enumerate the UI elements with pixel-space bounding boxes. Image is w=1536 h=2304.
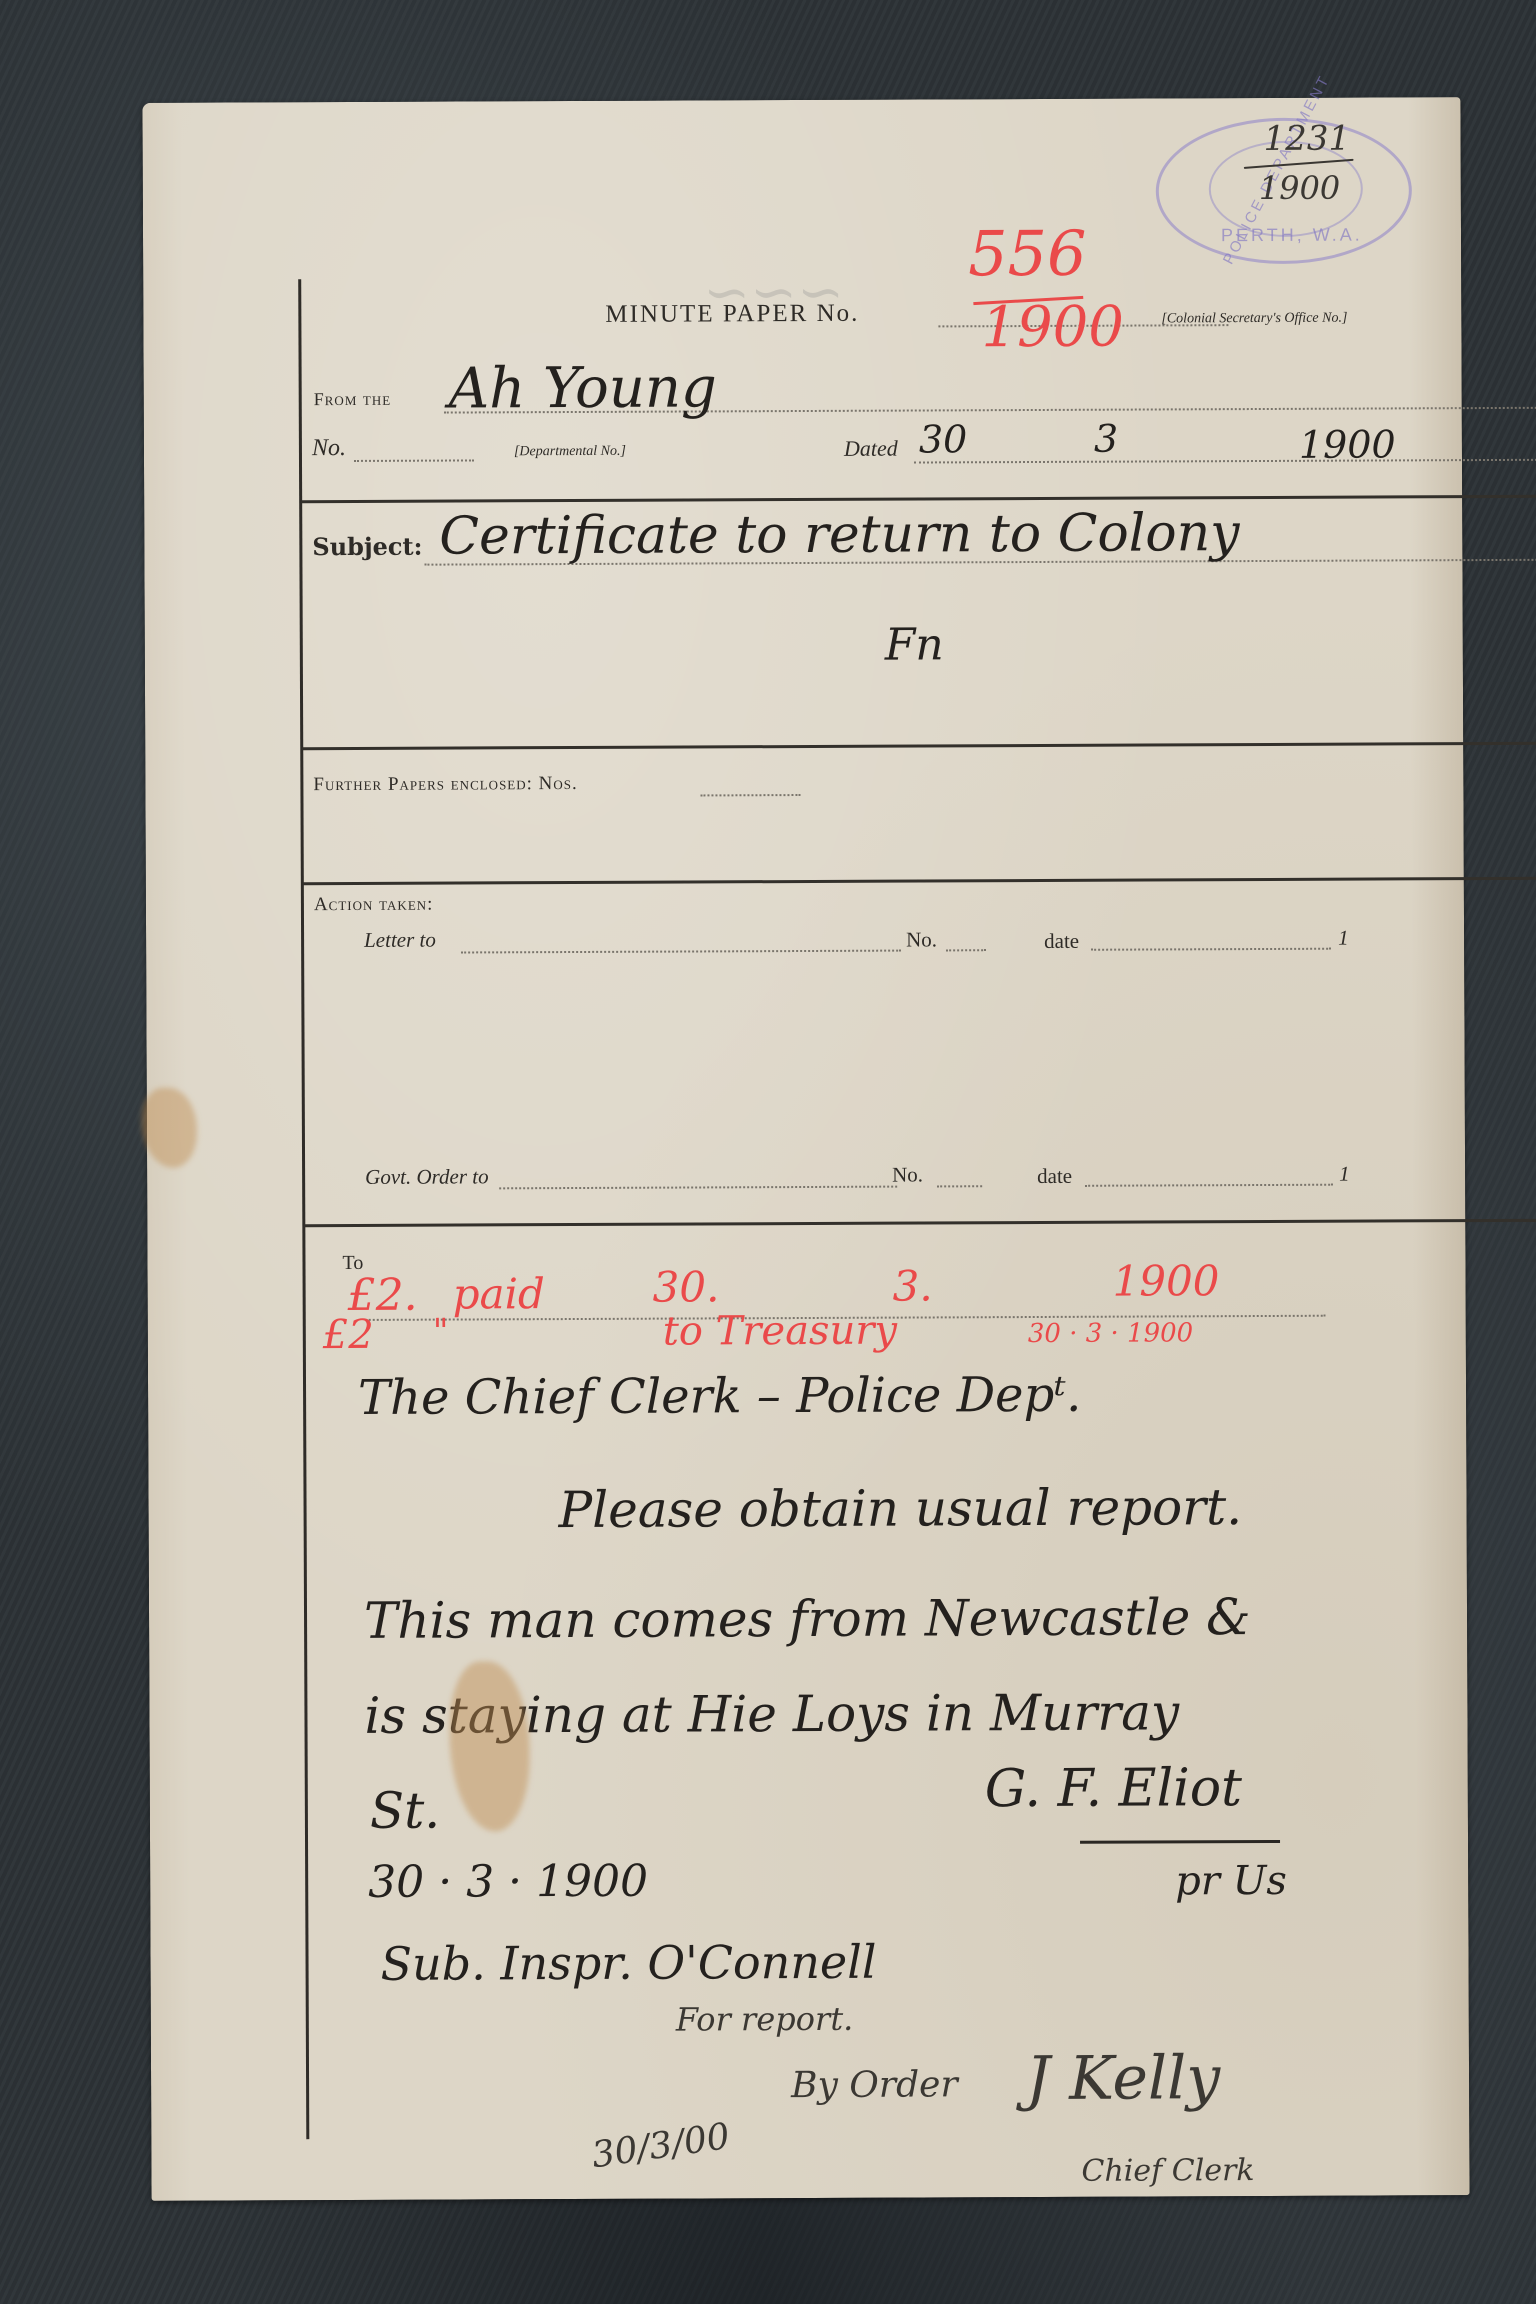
divider-after-date (301, 495, 1536, 503)
eliot-signature: G. F. Eliot (985, 1758, 1242, 1819)
minute-date: 30 · 3 · 1900 (368, 1856, 648, 1908)
subject-label: Subject: (312, 532, 422, 561)
letter-suffix: 1 (1338, 926, 1349, 951)
dated-month[interactable]: 3 (1094, 417, 1118, 461)
divider-after-subject (302, 742, 1536, 750)
govt-order-line[interactable] (499, 1186, 897, 1190)
referral-date: 30/3/00 (589, 2116, 732, 2176)
govt-order-label: Govt. Order to (365, 1164, 489, 1190)
red-note-treasury-date: 30 · 3 · 1900 (1028, 1318, 1194, 1349)
stamp-location-text: PERTH, W.A. (1221, 225, 1363, 247)
from-value[interactable]: Ah Young (449, 355, 717, 421)
minute-paper-sheet: ~~~ POLICE DEPARTMENT PERTH, W.A. 1231 1… (142, 97, 1469, 2201)
referral-note: For report. (676, 2000, 854, 2039)
dated-label: Dated (844, 436, 898, 462)
subject-initial: Fn (885, 619, 944, 670)
departmental-no-line (354, 459, 474, 462)
departmental-note: [Departmental No.] (514, 444, 626, 460)
departmental-no-label: No. (312, 435, 346, 462)
signature-underline (1080, 1840, 1280, 1844)
letter-date-line[interactable] (1091, 948, 1331, 951)
govt-no-line[interactable] (937, 1185, 982, 1187)
police-department-stamp: POLICE DEPARTMENT PERTH, W.A. 1231 1900 (1156, 117, 1413, 264)
letter-no-label: No. (906, 927, 937, 952)
red-note-day: 30. (652, 1262, 719, 1311)
divider-after-further-papers (303, 877, 1536, 885)
minute-paper-title: MINUTE PAPER No. (605, 300, 859, 329)
colonial-office-note: [Colonial Secretary's Office No.] (1161, 311, 1347, 328)
letter-date-label: date (1044, 929, 1079, 954)
minute-year: 1900 (981, 295, 1124, 361)
from-label: From the (314, 389, 391, 410)
by-order: By Order (791, 2064, 958, 2106)
subject-value[interactable]: Certificate to return to Colony (439, 503, 1239, 566)
red-note-paid: paid (453, 1269, 545, 1318)
dated-year[interactable]: 1900 (1299, 422, 1396, 466)
action-taken-label: Action taken: (314, 894, 434, 917)
red-note-treasury: to Treasury (663, 1308, 897, 1355)
clerk-signature: J Kelly (1026, 2043, 1220, 2114)
minute-number: 556 (968, 217, 1087, 291)
body-line-1: Please obtain usual report. (558, 1478, 1242, 1539)
dated-day[interactable]: 30 (919, 417, 968, 461)
red-note-year: 1900 (1112, 1256, 1219, 1305)
letter-no-line[interactable] (946, 949, 986, 951)
further-papers-label: Further Papers enclosed: Nos. (313, 773, 577, 796)
edge-stain (142, 1088, 197, 1168)
police-file-year: 1900 (1259, 169, 1341, 207)
clerk-title: Chief Clerk (1081, 2153, 1254, 2189)
red-note-amount-2: £2 (323, 1312, 374, 1358)
divider-after-action (304, 1219, 1536, 1227)
red-note-ditto: " (433, 1312, 449, 1352)
further-papers-line (700, 794, 800, 796)
body-line-4: St. (370, 1782, 441, 1840)
letter-to-line[interactable] (461, 950, 901, 954)
signature-suffix: pr Us (1175, 1858, 1287, 1904)
left-margin-rule (298, 279, 309, 2139)
red-note-month: 3. (892, 1261, 932, 1310)
referral-to: Sub. Inspr. O'Connell (380, 1935, 876, 1991)
letter-to-label: Letter to (364, 928, 436, 953)
govt-suffix: 1 (1339, 1162, 1350, 1187)
police-file-number: 1231 (1264, 119, 1351, 159)
govt-date-line[interactable] (1085, 1184, 1333, 1187)
body-line-2: This man comes from Newcastle & (364, 1588, 1251, 1650)
addressee: The Chief Clerk – Police Depᵗ. (358, 1367, 1082, 1426)
dated-line (914, 459, 1536, 464)
govt-date-label: date (1037, 1164, 1072, 1189)
govt-no-label: No. (892, 1162, 923, 1187)
